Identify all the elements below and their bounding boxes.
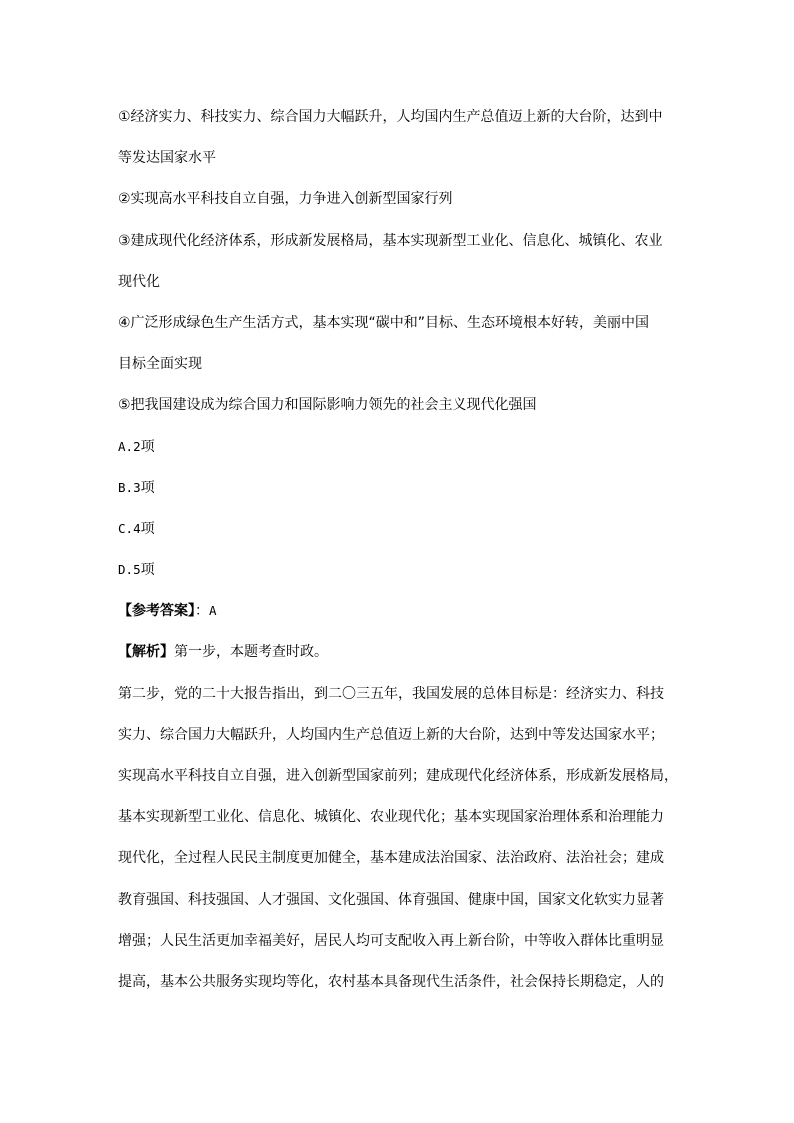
option-c-unit: 项 bbox=[141, 521, 155, 537]
reference-answer-label: 【参考答案】 bbox=[118, 603, 195, 619]
option-d-letter: D. bbox=[118, 562, 133, 577]
option-a-value: 2 bbox=[133, 439, 141, 454]
statement-1-line-1: ①经济实力、科技实力、综合国力大幅跃升，人均国内生产总值迈上新的大台阶，达到中 bbox=[118, 103, 678, 144]
option-a: A.2项 bbox=[118, 433, 678, 474]
analysis-line-3: 实力、综合国力大幅跃升，人均国内生产总值迈上新的大台阶，达到中等发达国家水平； bbox=[118, 721, 678, 762]
option-c: C.4项 bbox=[118, 515, 678, 556]
analysis-line-8: 增强；人民生活更加幸福美好，居民人均可支配收入再上新台阶，中等收入群体比重明显 bbox=[118, 927, 678, 968]
statement-5-line-1: ⑤把我国建设成为综合国力和国际影响力领先的社会主义现代化强国 bbox=[118, 391, 678, 432]
option-a-letter: A. bbox=[118, 439, 133, 454]
document-page: ①经济实力、科技实力、综合国力大幅跃升，人均国内生产总值迈上新的大台阶，达到中 … bbox=[118, 103, 678, 1009]
option-d: D.5项 bbox=[118, 556, 678, 597]
statement-3-line-1: ③建成现代化经济体系，形成新发展格局，基本实现新型工业化、信息化、城镇化、农业 bbox=[118, 227, 678, 268]
statement-4-line-2: 目标全面实现 bbox=[118, 350, 678, 391]
analysis-line-5: 基本实现新型工业化、信息化、城镇化、农业现代化；基本实现国家治理体系和治理能力 bbox=[118, 803, 678, 844]
analysis-step-1: 第一步，本题考查时政。 bbox=[174, 644, 328, 660]
statement-2-line-1: ②实现高水平科技自立自强，力争进入创新型国家行列 bbox=[118, 185, 678, 226]
analysis-line-1: 【解析】第一步，本题考查时政。 bbox=[118, 638, 678, 679]
option-b-letter: B. bbox=[118, 480, 133, 495]
option-b-unit: 项 bbox=[141, 480, 155, 496]
statement-1-line-2: 等发达国家水平 bbox=[118, 144, 678, 185]
option-c-value: 4 bbox=[133, 521, 141, 536]
analysis-line-7: 教育强国、科技强国、人才强国、文化强国、体育强国、健康中国，国家文化软实力显著 bbox=[118, 886, 678, 927]
option-d-value: 5 bbox=[133, 562, 141, 577]
reference-answer-value: A bbox=[209, 603, 217, 618]
reference-answer: 【参考答案】：A bbox=[118, 597, 678, 638]
option-a-unit: 项 bbox=[141, 439, 155, 455]
analysis-line-9: 提高，基本公共服务实现均等化，农村基本具备现代生活条件，社会保持长期稳定，人的 bbox=[118, 968, 678, 1009]
option-d-unit: 项 bbox=[141, 562, 155, 578]
analysis-line-4: 实现高水平科技自立自强，进入创新型国家前列；建成现代化经济体系，形成新发展格局， bbox=[118, 762, 678, 803]
option-c-letter: C. bbox=[118, 521, 133, 536]
reference-answer-separator: ： bbox=[195, 603, 209, 619]
analysis-label: 【解析】 bbox=[118, 644, 174, 660]
option-b: B.3项 bbox=[118, 474, 678, 515]
statement-3-line-2: 现代化 bbox=[118, 268, 678, 309]
analysis-line-6: 现代化，全过程人民民主制度更加健全，基本建成法治国家、法治政府、法治社会；建成 bbox=[118, 844, 678, 885]
option-b-value: 3 bbox=[133, 480, 141, 495]
analysis-line-2: 第二步，党的二十大报告指出，到二〇三五年，我国发展的总体目标是：经济实力、科技 bbox=[118, 680, 678, 721]
statement-4-line-1: ④广泛形成绿色生产生活方式，基本实现“碳中和”目标、生态环境根本好转，美丽中国 bbox=[118, 309, 678, 350]
